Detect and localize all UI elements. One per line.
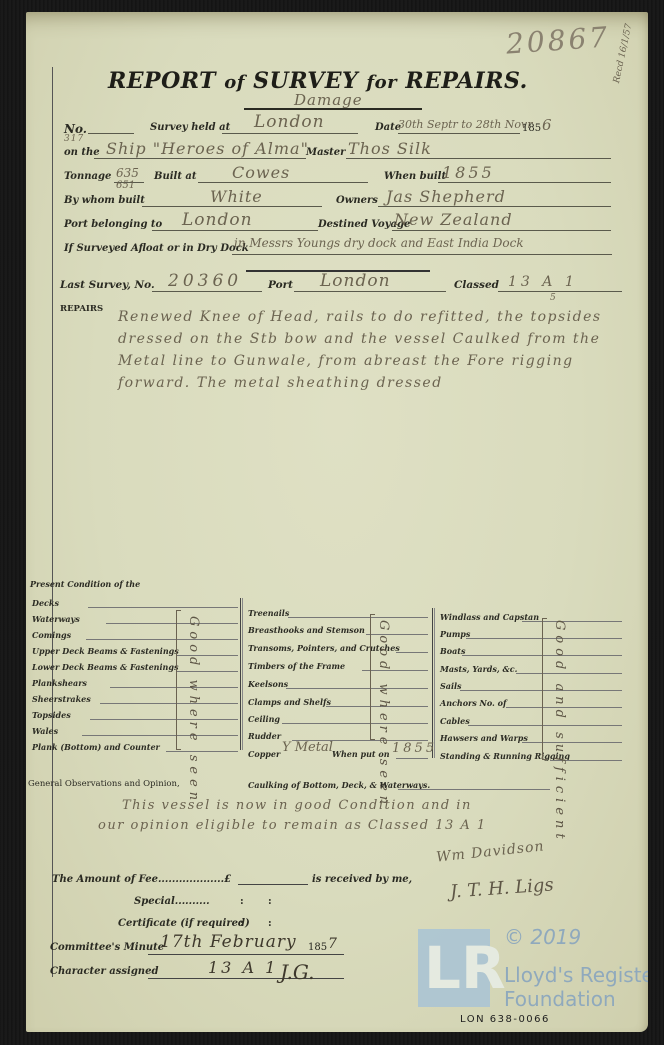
condition-line bbox=[166, 751, 238, 752]
column-divider-1 bbox=[240, 598, 241, 750]
caulking-line bbox=[398, 789, 550, 790]
fee-amount-line bbox=[238, 884, 308, 885]
title-word-repairs: REPAIRS. bbox=[405, 68, 527, 94]
fee-received-label: is received by me, bbox=[312, 874, 412, 885]
owners-label: Owners bbox=[336, 195, 378, 206]
watermark-org-line-2: Foundation bbox=[504, 987, 616, 1011]
committee-minute-value: 17th February bbox=[160, 932, 297, 952]
condition-line bbox=[522, 621, 622, 622]
condition-item: Topsides bbox=[32, 710, 71, 720]
special-colon-1: : bbox=[240, 896, 244, 907]
title-word-of: of bbox=[224, 72, 245, 93]
condition-line bbox=[288, 617, 428, 618]
special-fee-label: Special.......... bbox=[134, 896, 210, 907]
condition-column-3-handwritten: Good and sufficient bbox=[552, 620, 567, 844]
repairs-line: forward. The metal sheathing dressed bbox=[118, 372, 602, 394]
condition-item: Treenails bbox=[248, 608, 289, 618]
condition-item: Upper Deck Beams & Fastenings bbox=[32, 646, 179, 656]
master-value: Thos Silk bbox=[348, 139, 432, 158]
watermark-copyright: © 2019 bbox=[504, 925, 581, 949]
port-belonging-line bbox=[152, 230, 318, 231]
survey-held-at-value: London bbox=[254, 112, 325, 132]
on-the-label: on the bbox=[64, 147, 100, 158]
built-at-value: Cowes bbox=[232, 163, 290, 182]
committee-year-prefix: 185 bbox=[308, 942, 327, 953]
condition-item: Cables bbox=[440, 716, 470, 726]
classed-note: 5 bbox=[550, 293, 557, 303]
condition-line bbox=[86, 639, 238, 640]
brace-column-2 bbox=[370, 614, 375, 740]
condition-line bbox=[396, 758, 428, 759]
general-observations-label: General Observations and Opinion, bbox=[28, 779, 180, 789]
column-divider-1b bbox=[242, 598, 243, 750]
copper-value: Y Metal bbox=[282, 740, 333, 755]
port-belonging-label: Port belonging to bbox=[64, 219, 162, 230]
when-put-on-value: 1855 bbox=[392, 741, 437, 756]
built-at-line bbox=[198, 182, 368, 183]
condition-item: Plankshears bbox=[32, 678, 87, 688]
condition-line bbox=[100, 703, 238, 704]
classed-label: Classed bbox=[454, 279, 499, 291]
committee-initials: J.G. bbox=[280, 960, 314, 984]
survey-report-page: 20867 Recd 16/1/57 REPORT of SURVEY for … bbox=[26, 12, 648, 1032]
date-line bbox=[398, 133, 520, 134]
condition-item: Breasthooks and Stemson bbox=[248, 625, 365, 635]
condition-heading: Present Condition of the bbox=[30, 579, 140, 589]
by-whom-built-line bbox=[142, 206, 322, 207]
survey-held-at-line bbox=[222, 133, 358, 134]
certificate-colon-1: : bbox=[240, 918, 244, 929]
last-survey-number-line bbox=[152, 291, 262, 292]
condition-item: Plank (Bottom) and Counter bbox=[32, 742, 160, 752]
tonnage-label: Tonnage bbox=[64, 171, 111, 182]
repairs-line: Metal line to Gunwale, from abreast the … bbox=[118, 350, 602, 372]
committee-year-suffix: 7 bbox=[328, 936, 337, 952]
when-built-label: When built bbox=[384, 171, 446, 182]
no-line bbox=[88, 133, 134, 134]
no-value: 317 bbox=[64, 134, 84, 144]
when-built-value: 1855 bbox=[442, 163, 495, 182]
last-survey-port-value: London bbox=[320, 271, 391, 291]
condition-item: Hawsers and Warps bbox=[440, 733, 528, 743]
condition-line bbox=[82, 735, 238, 736]
condition-item: Sails bbox=[440, 681, 462, 691]
survey-held-at-label: Survey held at bbox=[150, 122, 230, 133]
last-survey-number: 20360 bbox=[168, 271, 242, 291]
master-line bbox=[346, 158, 611, 159]
archive-number: 20867 bbox=[505, 20, 611, 60]
built-at-label: Built at bbox=[154, 171, 197, 182]
condition-item: Lower Deck Beams & Fastenings bbox=[32, 662, 178, 672]
condition-item: Anchors No. of bbox=[440, 698, 506, 708]
condition-line bbox=[286, 688, 428, 689]
condition-item: Clamps and Shelfs bbox=[248, 697, 331, 707]
destined-voyage-line bbox=[392, 230, 611, 231]
condition-line bbox=[396, 652, 428, 653]
lr-logo: LR bbox=[418, 929, 490, 1007]
owners-value: Jas Shepherd bbox=[386, 187, 506, 206]
column-divider-2b bbox=[434, 608, 435, 758]
repairs-label: REPAIRS bbox=[60, 304, 103, 314]
condition-item: Decks bbox=[32, 598, 59, 608]
condition-item: Rudder bbox=[248, 731, 281, 741]
condition-item: Comings bbox=[32, 630, 71, 640]
vessel-line bbox=[94, 158, 306, 159]
condition-item: Wales bbox=[32, 726, 58, 736]
certificate-colon-2: : bbox=[268, 918, 272, 929]
repairs-line: dressed on the Stb bow and the vessel Ca… bbox=[118, 328, 602, 350]
report-type-handwritten: Damage bbox=[294, 91, 363, 109]
last-survey-port-label: Port bbox=[268, 279, 293, 291]
left-margin-rule bbox=[52, 67, 53, 977]
certificate-label: Certificate (if required) bbox=[118, 918, 250, 929]
condition-item: Timbers of the Frame bbox=[248, 661, 345, 671]
condition-column-1-handwritten: Good where seen bbox=[186, 616, 201, 805]
repairs-text: Renewed Knee of Head, rails to do refitt… bbox=[118, 306, 602, 394]
surveyor-signature-1: Wm Davidson bbox=[435, 838, 545, 865]
title-word-report: REPORT bbox=[108, 68, 216, 94]
lr-logo-text: LR bbox=[424, 939, 506, 997]
repairs-line: Renewed Knee of Head, rails to do refitt… bbox=[118, 306, 602, 328]
by-whom-built-label: By whom built bbox=[64, 195, 145, 206]
tonnage-value: 635 bbox=[116, 166, 139, 180]
condition-item: Keelsons bbox=[248, 679, 288, 689]
surveyed-dock-line bbox=[232, 254, 612, 255]
condition-line bbox=[516, 673, 622, 674]
classed-line bbox=[498, 291, 622, 292]
date-value: 30th Septr to 28th Novr bbox=[398, 118, 533, 131]
title-word-for: for bbox=[366, 72, 397, 93]
when-built-line bbox=[438, 182, 611, 183]
margin-note-received: Recd 16/1/57 bbox=[612, 23, 634, 84]
condition-item: Waterways bbox=[32, 614, 80, 624]
master-label: Master bbox=[306, 147, 345, 158]
committee-minute-line bbox=[148, 954, 344, 955]
condition-item: Masts, Yards, &c. bbox=[440, 664, 517, 674]
character-assigned-label: Character assigned bbox=[50, 966, 158, 977]
condition-line bbox=[282, 723, 428, 724]
port-belonging-value: London bbox=[182, 210, 253, 230]
opinion-line: our opinion eligible to remain as Classe… bbox=[98, 818, 487, 833]
brace-column-3 bbox=[542, 618, 547, 760]
condition-item: Ceiling bbox=[248, 714, 280, 724]
brace-column-1 bbox=[176, 610, 181, 750]
condition-line bbox=[522, 742, 622, 743]
surveyed-dock-value: in Messrs Youngs dry dock and East India… bbox=[234, 236, 524, 250]
character-assigned-line bbox=[148, 978, 344, 979]
classed-value: 13 A 1 bbox=[508, 274, 578, 290]
column-divider-2 bbox=[432, 608, 433, 758]
opinion-line: This vessel is now in good Condition and… bbox=[122, 798, 472, 813]
special-colon-2: : bbox=[268, 896, 272, 907]
last-survey-label: Last Survey, No. bbox=[60, 279, 155, 291]
committee-minute-label: Committee's Minute bbox=[50, 942, 164, 953]
date-year-suffix: 6 bbox=[542, 116, 553, 134]
condition-line bbox=[110, 687, 238, 688]
tonnage-value-secondary: 651 bbox=[116, 180, 135, 191]
character-assigned-value: 13 A 1 bbox=[208, 958, 278, 977]
by-whom-built-value: White bbox=[210, 187, 263, 206]
watermark-org-line-1: Lloyd's Register bbox=[504, 963, 648, 987]
condition-line bbox=[90, 719, 238, 720]
copper-label: Copper bbox=[248, 749, 280, 759]
condition-item: Sheerstrakes bbox=[32, 694, 91, 704]
destined-voyage-value: New Zealand bbox=[394, 210, 513, 229]
date-year-prefix: 185 bbox=[522, 123, 541, 134]
condition-line bbox=[460, 690, 622, 691]
reference-code: LON 638-0066 bbox=[460, 1014, 550, 1025]
condition-line bbox=[106, 623, 238, 624]
vessel-name-value: Ship "Heroes of Alma" bbox=[106, 139, 309, 158]
surveyed-dock-label: If Surveyed Afloat or in Dry Dock bbox=[64, 243, 249, 254]
title-underline bbox=[244, 108, 422, 110]
condition-line bbox=[88, 607, 238, 608]
last-survey-port-line bbox=[294, 291, 446, 292]
surveyor-signature-2: J. T. H. Ligs bbox=[449, 874, 554, 902]
fee-amount-label: The Amount of Fee...................£ bbox=[52, 874, 231, 885]
owners-line bbox=[378, 206, 611, 207]
